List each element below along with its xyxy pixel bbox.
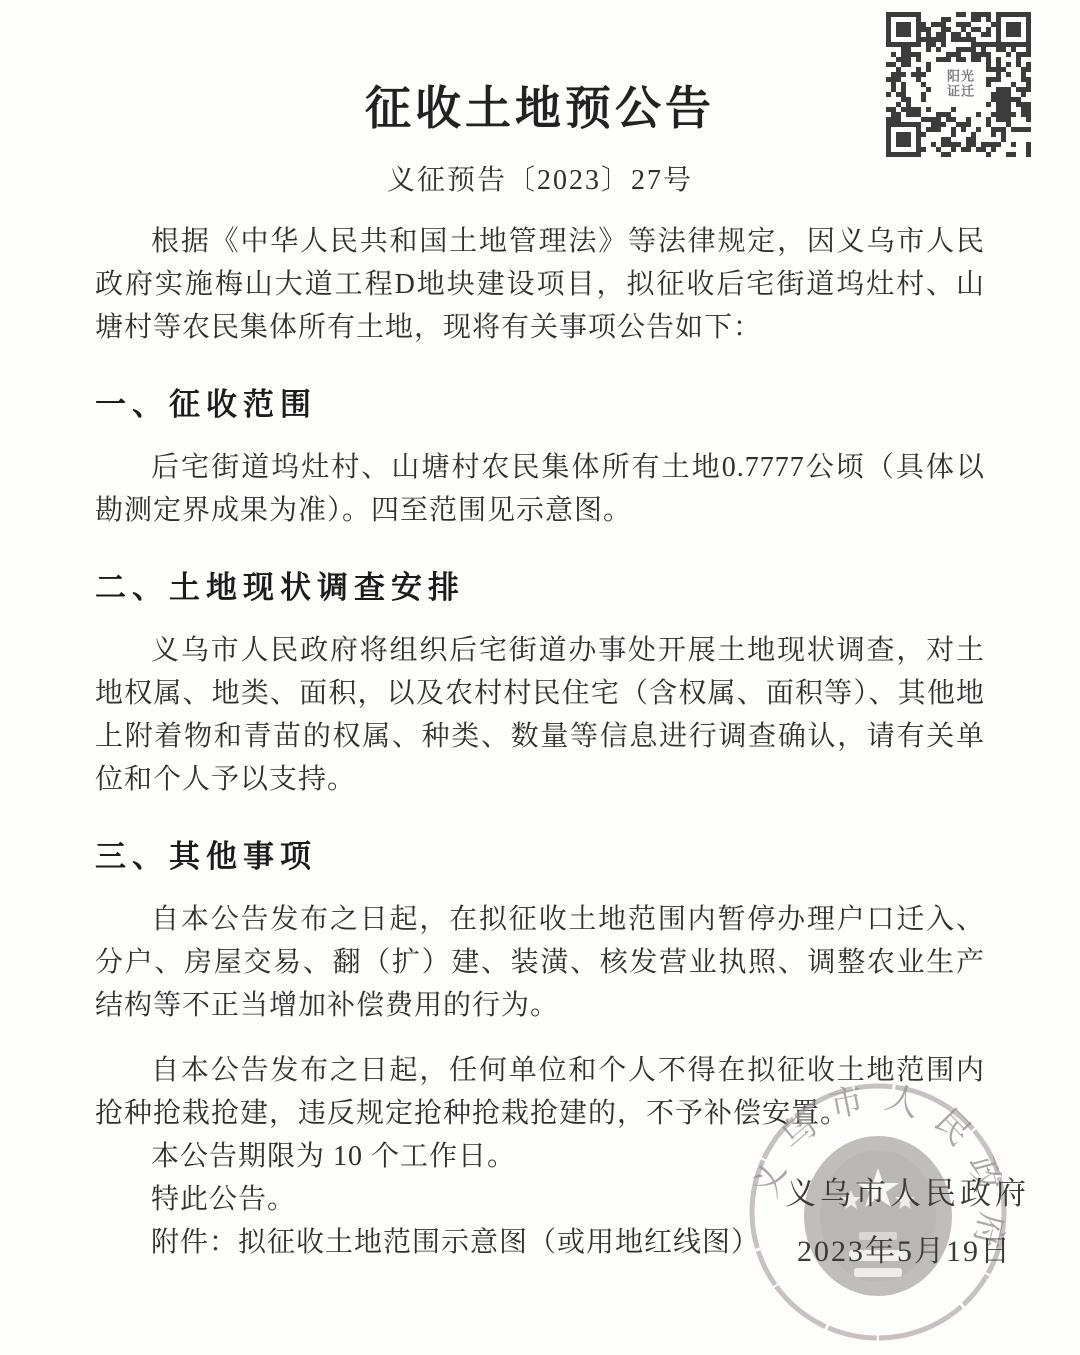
intro-paragraph: 根据《中华人民共和国土地管理法》等法律规定，因义乌市人民政府实施梅山大道工程D地…: [95, 220, 985, 349]
document-content: 征收土地预公告 义征预告〔2023〕27号 根据《中华人民共和国土地管理法》等法…: [95, 0, 985, 1264]
document-title: 征收土地预公告: [95, 72, 985, 138]
official-seal: 义乌市人民政府: [743, 1082, 1013, 1352]
section-1-paragraph: 后宅街道坞灶村、山塘村农民集体所有土地0.7777公顷（具体以勘测定界成果为准）…: [95, 446, 985, 532]
document-page: 阳光 证迁 征收土地预公告 义征预告〔2023〕27号 根据《中华人民共和国土地…: [0, 0, 1080, 1355]
section-3-paragraph-1: 自本公告发布之日起，在拟征收土地范围内暂停办理户口迁入、分户、房屋交易、翻（扩）…: [95, 898, 985, 1027]
issue-date: 2023年5月19日: [797, 1226, 1012, 1270]
issuer-name: 义乌市人民政府: [785, 1168, 1030, 1213]
section-1-heading: 一、征收范围: [95, 379, 985, 424]
document-number: 义征预告〔2023〕27号: [95, 158, 985, 198]
section-2-heading: 二、土地现状调查安排: [95, 562, 985, 607]
section-3-heading: 三、其他事项: [95, 831, 985, 876]
section-2-paragraph: 义乌市人民政府将组织后宅街道办事处开展土地现状调查，对土地权属、地类、面积，以及…: [95, 629, 985, 801]
official-seal-svg: 义乌市人民政府: [743, 1082, 1013, 1352]
national-emblem: [804, 1136, 952, 1296]
